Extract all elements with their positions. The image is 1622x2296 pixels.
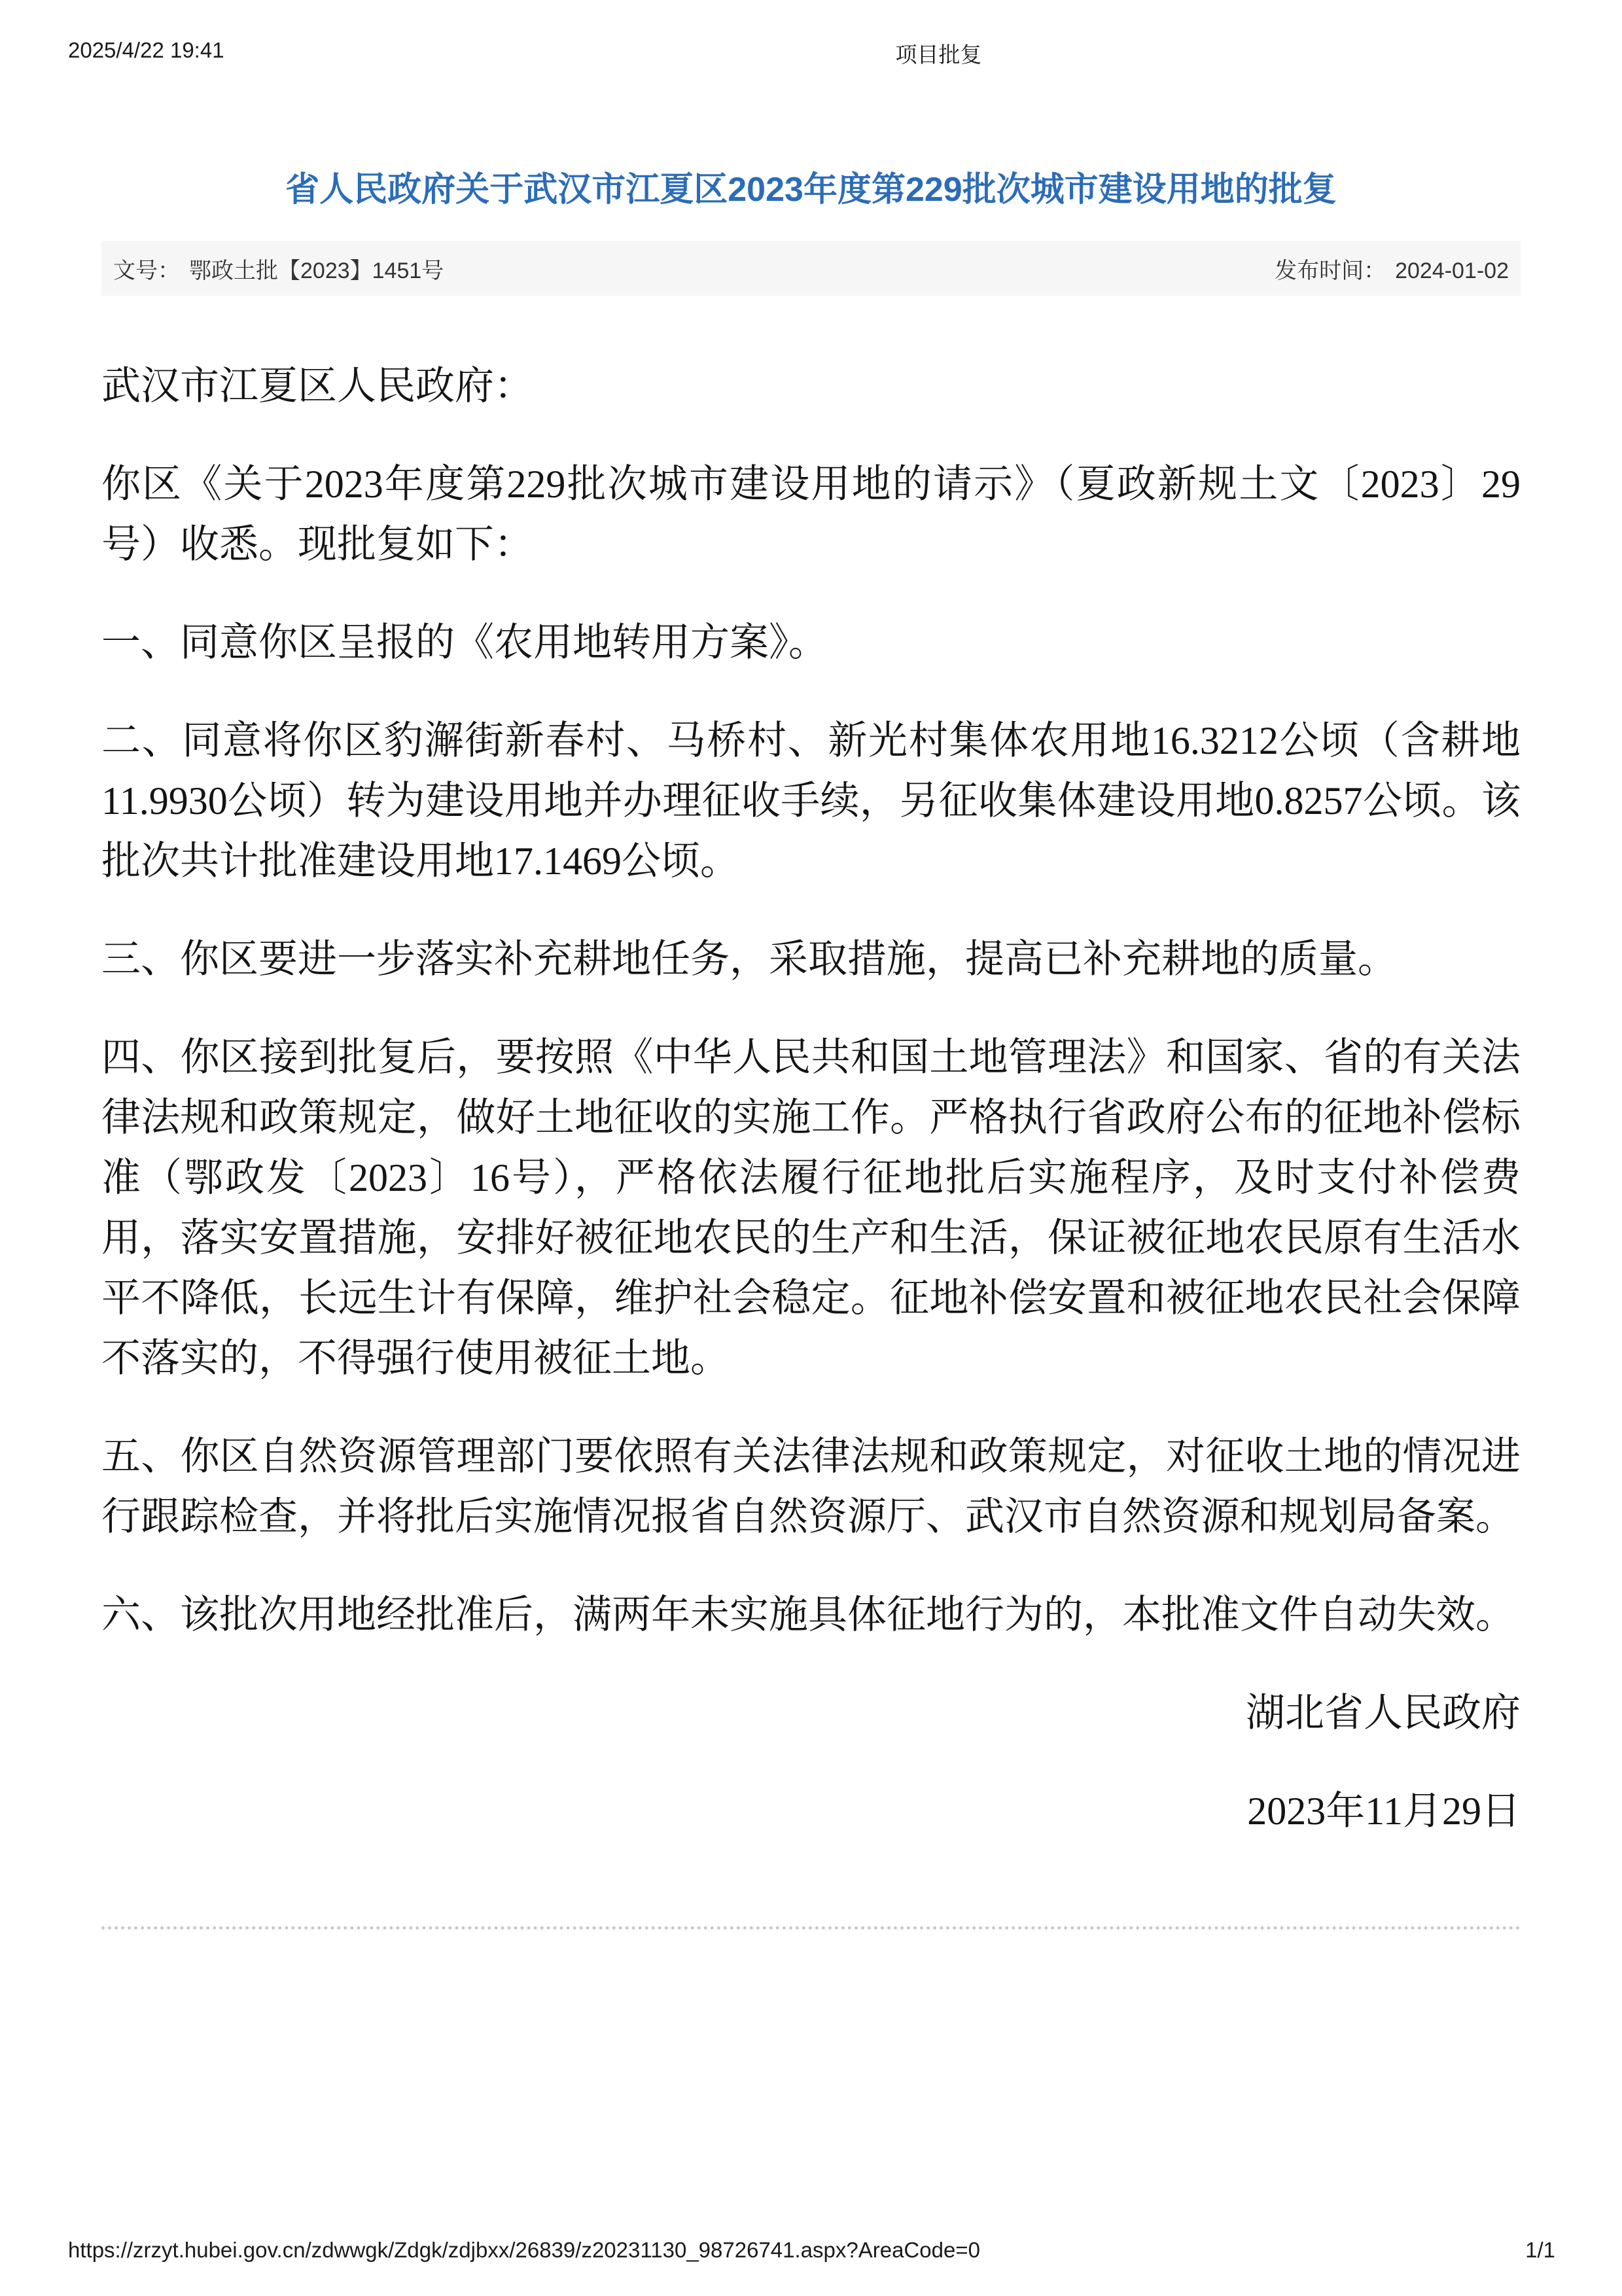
- print-footer-url: https://zrzyt.hubei.gov.cn/zdwwgk/Zdgk/z…: [68, 2238, 980, 2263]
- document-title: 省人民政府关于武汉市江夏区2023年度第229批次城市建设用地的批复: [101, 169, 1521, 211]
- document-body: 武汉市江夏区人民政府： 你区《关于2023年度第229批次城市建设用地的请示》（…: [101, 356, 1521, 1841]
- publish-time: 发布时间：2024-01-02: [1275, 253, 1509, 285]
- doc-paragraph: 六、该批次用地经批准后，满两年未实施具体征地行为的，本批准文件自动失效。: [101, 1585, 1521, 1645]
- publish-time-label: 发布时间：: [1275, 258, 1386, 283]
- print-footer: https://zrzyt.hubei.gov.cn/zdwwgk/Zdgk/z…: [68, 2238, 1555, 2263]
- print-timestamp: 2025/4/22 19:41: [68, 38, 224, 63]
- print-page-indicator: 1/1: [1525, 2238, 1555, 2263]
- doc-number: 文号：鄂政土批【2023】1451号: [113, 253, 444, 285]
- doc-number-value: 鄂政土批【2023】1451号: [189, 258, 444, 283]
- signature-date: 2023年11月29日: [101, 1781, 1521, 1841]
- signature-issuer: 湖北省人民政府: [101, 1683, 1521, 1743]
- doc-paragraph: 二、同意将你区豹澥街新春村、马桥村、新光村集体农用地16.3212公顷（含耕地1…: [101, 711, 1521, 891]
- dotted-divider: [101, 1926, 1521, 1930]
- doc-paragraph: 三、你区要进一步落实补充耕地任务，采取措施，提高已补充耕地的质量。: [101, 929, 1521, 989]
- print-page-title: 项目批复: [323, 38, 1554, 69]
- doc-salutation: 武汉市江夏区人民政府：: [101, 356, 1521, 416]
- doc-paragraph: 五、你区自然资源管理部门要依照有关法律法规和政策规定，对征收土地的情况进行跟踪检…: [101, 1426, 1521, 1547]
- document-content: 省人民政府关于武汉市江夏区2023年度第229批次城市建设用地的批复 文号：鄂政…: [0, 0, 1622, 1930]
- doc-paragraph: 四、你区接到批复后，要按照《中华人民共和国土地管理法》和国家、省的有关法律法规和…: [101, 1027, 1521, 1388]
- print-header: 2025/4/22 19:41 项目批复: [68, 38, 1554, 67]
- document-meta-band: 文号：鄂政土批【2023】1451号 发布时间：2024-01-02: [101, 241, 1521, 296]
- doc-paragraph: 你区《关于2023年度第229批次城市建设用地的请示》（夏政新规土文〔2023〕…: [101, 454, 1521, 574]
- printed-page: 2025/4/22 19:41 项目批复 省人民政府关于武汉市江夏区2023年度…: [0, 0, 1622, 2296]
- doc-number-label: 文号：: [113, 258, 180, 283]
- publish-time-value: 2024-01-02: [1395, 258, 1509, 283]
- doc-paragraph: 一、同意你区呈报的《农用地转用方案》。: [101, 612, 1521, 673]
